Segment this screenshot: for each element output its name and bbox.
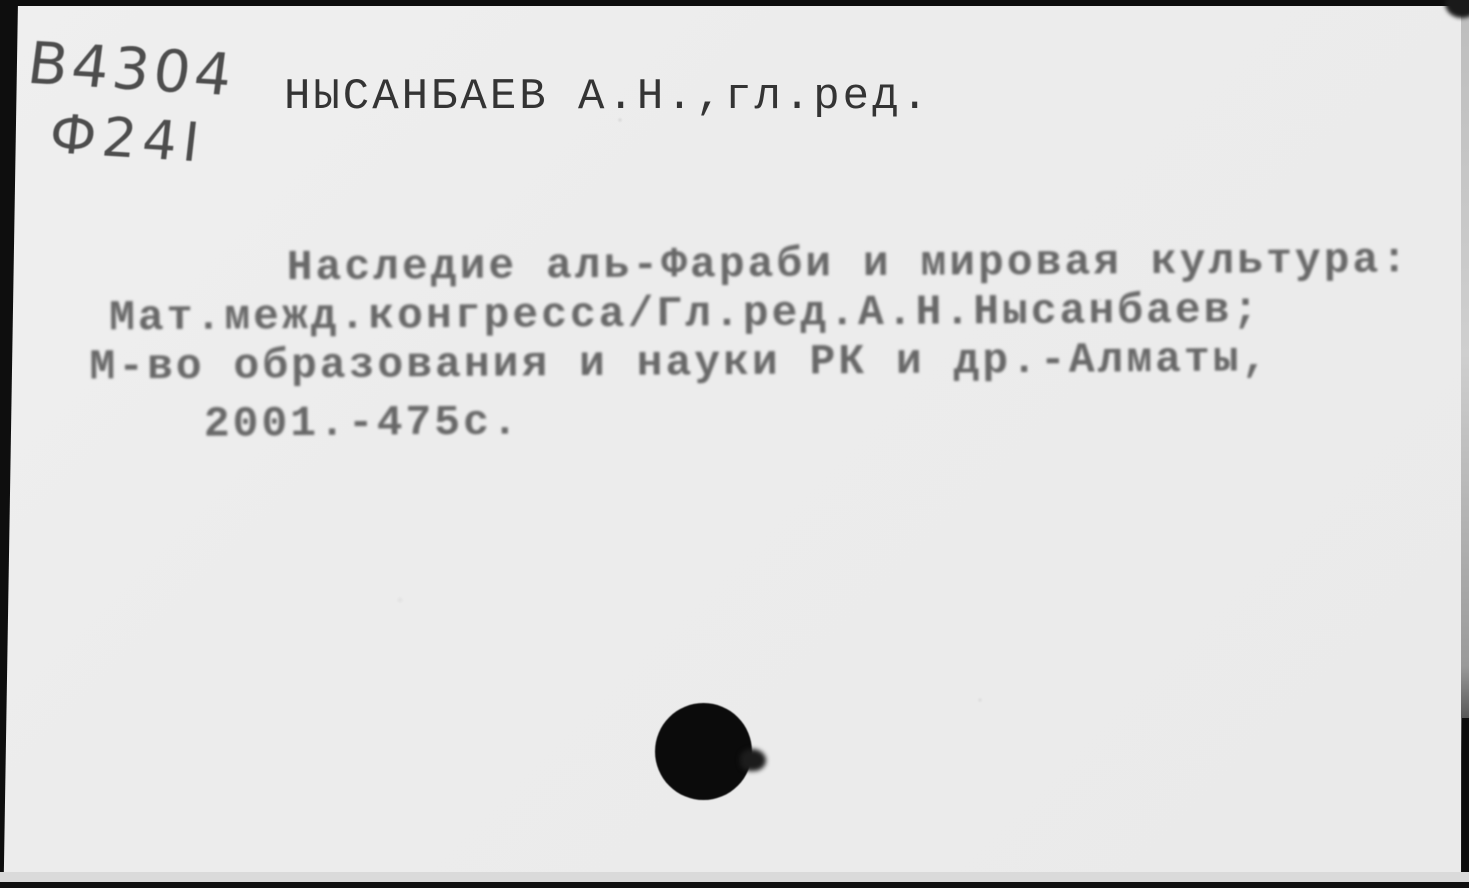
biblio-year-pages-line: 2001.-475с.: [204, 397, 521, 448]
biblio-title-line: Наследие аль-Фараби и мировая культура:: [287, 235, 1411, 292]
ink-blot: [655, 703, 752, 800]
biblio-editor-line: Мат.межд.конгресса/Гл.ред.А.Н.Нысанбаев;: [109, 285, 1261, 342]
scanned-catalog-card: В4304 Ф24І НЫСАНБАЕВ А.Н.,гл.ред. Наслед…: [0, 0, 1469, 888]
biblio-publisher-line: М-во образования и науки РК и др.-Алматы…: [89, 334, 1270, 391]
